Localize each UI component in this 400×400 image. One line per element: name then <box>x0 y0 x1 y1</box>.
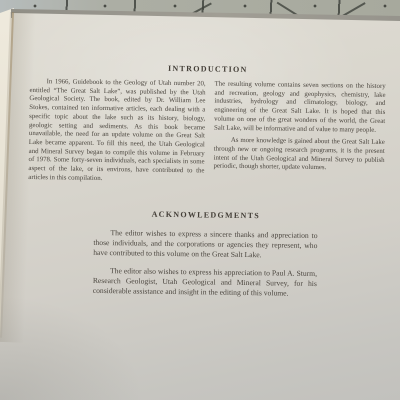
acknowledgments-paragraph-1: The editor wishes to express a sincere t… <box>93 228 317 261</box>
introduction-right-column: The resulting volume contains seven sect… <box>213 81 385 188</box>
introduction-right-paragraph-1: The resulting volume contains seven sect… <box>214 81 386 136</box>
introduction-left-paragraph: In 1966, Guidebook to the Geology of Uta… <box>28 78 205 185</box>
introduction-left-column: In 1966, Guidebook to the Geology of Uta… <box>28 78 205 185</box>
introduction-right-paragraph-2: As more knowledge is gained about the Gr… <box>213 137 384 174</box>
acknowledgments-heading: ACKNOWLEDGMENTS <box>28 208 384 222</box>
introduction-columns: In 1966, Guidebook to the Geology of Uta… <box>28 78 385 187</box>
introduction-heading: INTRODUCTION <box>30 62 386 76</box>
photo-of-open-book: INTRODUCTION In 1966, Guidebook to the G… <box>0 0 400 400</box>
page-content: INTRODUCTION In 1966, Guidebook to the G… <box>27 58 386 300</box>
acknowledgments-paragraph-2: The editor also wishes to express his ap… <box>93 266 317 299</box>
acknowledgments-block: The editor wishes to express a sincere t… <box>93 228 318 299</box>
